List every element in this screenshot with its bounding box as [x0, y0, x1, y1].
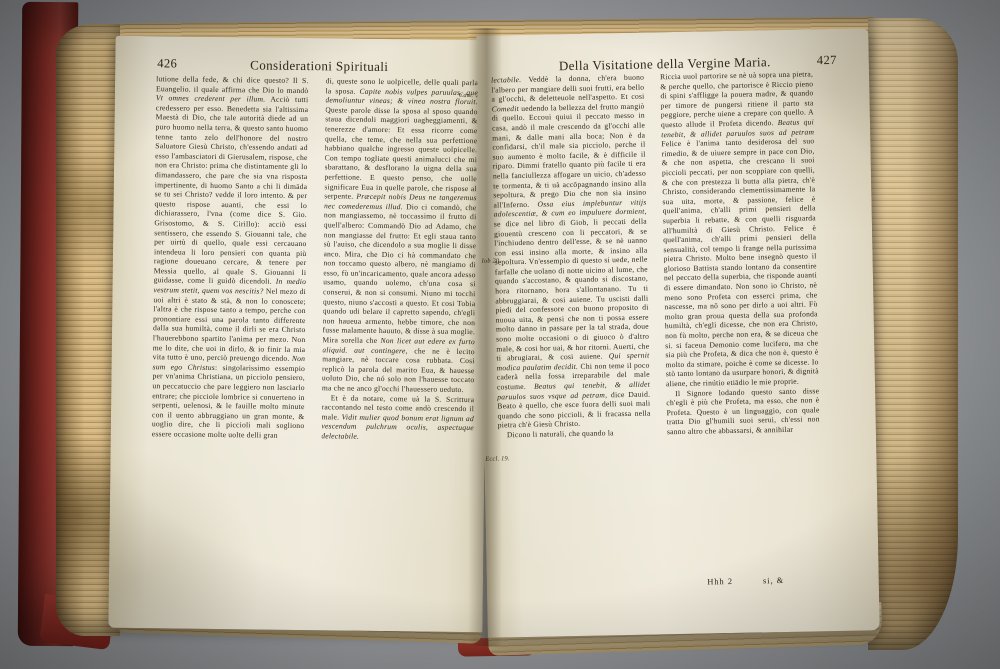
left-running-title: Considerationi Spirituali	[250, 57, 388, 74]
photo-background: 426 Considerationi Spirituali lutione de…	[0, 0, 1000, 669]
right-page-folio: 427	[817, 53, 837, 68]
right-page: Della Visitatione della Vergine Maria. 4…	[476, 28, 879, 637]
margin-note-eccl: Eccl. 19.	[485, 455, 509, 462]
catchword: si, &	[763, 576, 784, 585]
right-page-column-1: lectabile. Veddè la donna, ch'era buono …	[491, 73, 654, 578]
signature-mark: Hhh 2	[707, 577, 733, 586]
right-page-column-2: Riccia uuol partorire se nè uà sopra una…	[660, 69, 823, 574]
left-page: 426 Considerationi Spirituali lutione de…	[108, 36, 489, 633]
left-page-folio: 426	[157, 56, 177, 71]
left-page-text-block: lutione della fede, & chi dice questo? I…	[150, 74, 478, 586]
signature-line: Hhh 2 si, &	[669, 575, 823, 587]
right-page-text-block: lectabile. Veddè la donna, ch'era buono …	[491, 69, 823, 577]
left-page-column-1: lutione della fede, & chi dice questo? I…	[150, 74, 309, 584]
left-page-header: 426 Considerationi Spirituali	[155, 56, 483, 76]
margin-note-iob: Iob 20.	[482, 257, 502, 264]
open-book: 426 Considerationi Spirituali lutione de…	[106, 28, 884, 650]
left-page-column-2: di, queste sono le uolpicelle, delle qua…	[319, 76, 478, 586]
